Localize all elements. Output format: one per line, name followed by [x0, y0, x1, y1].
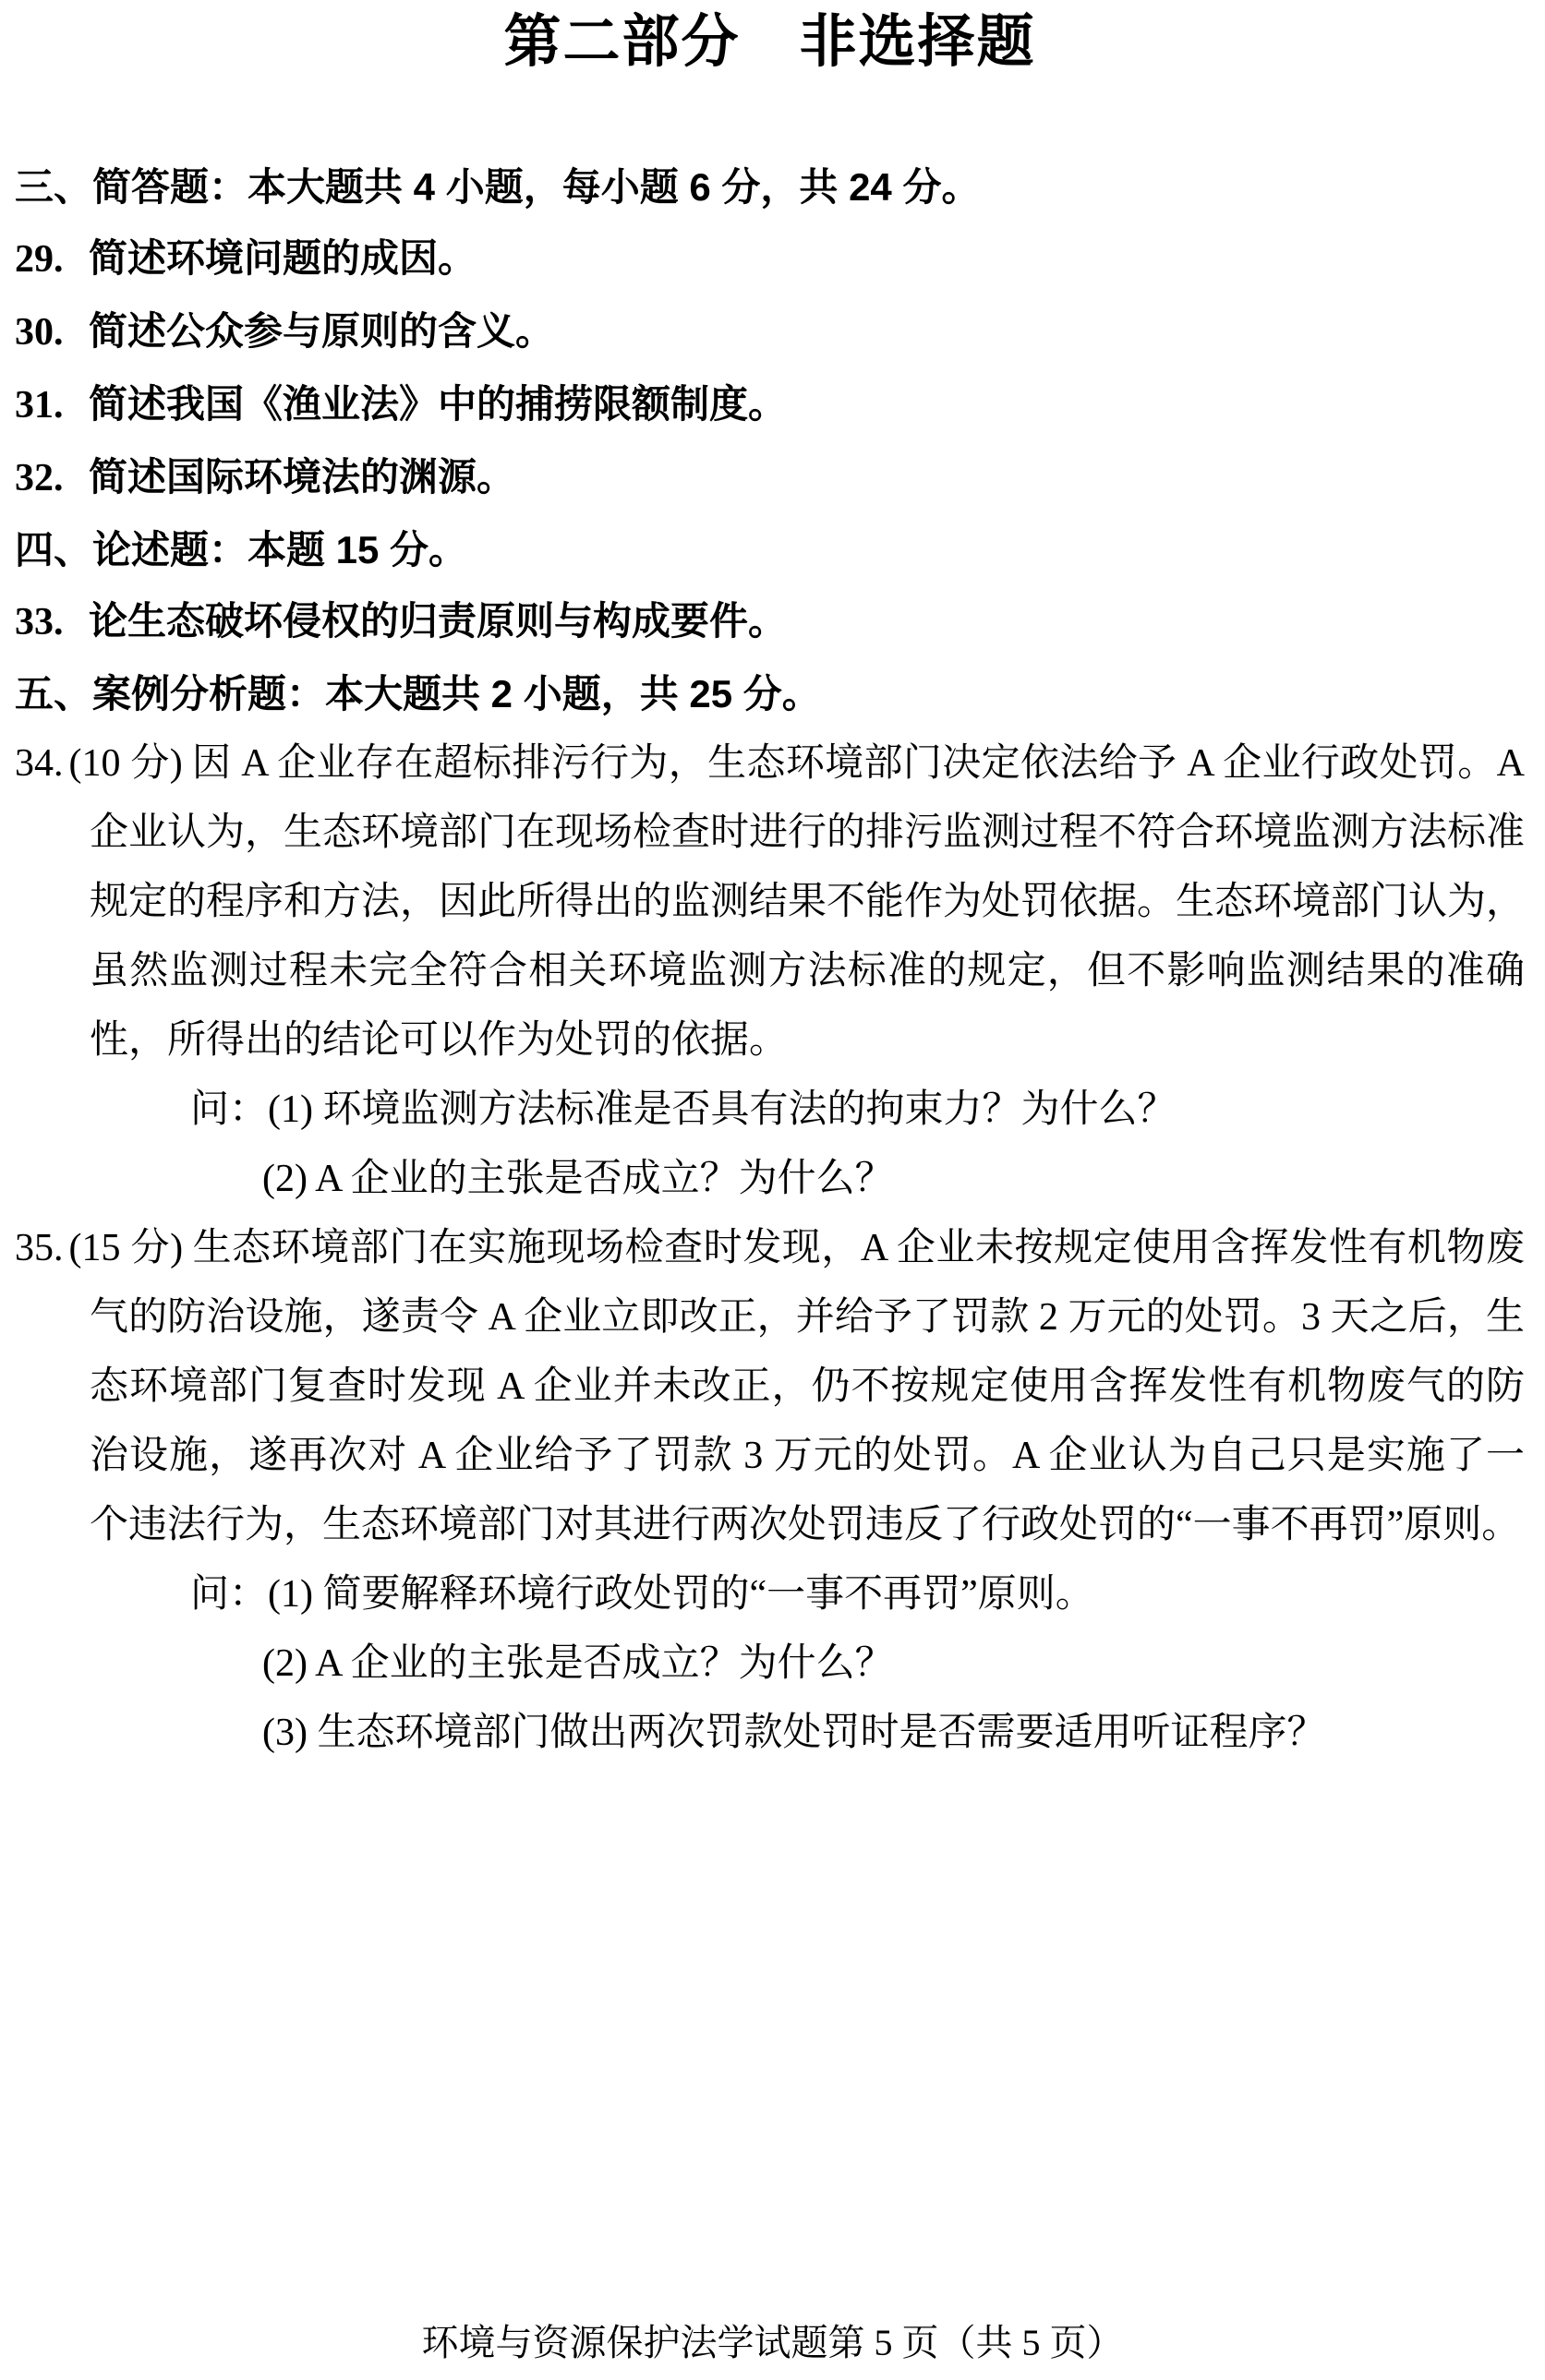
- question-31: 31.简述我国《渔业法》中的捕捞限额制度。: [15, 368, 1525, 441]
- question-32: 32.简述国际环境法的渊源。: [15, 441, 1525, 514]
- case-34-score: (10 分): [69, 742, 183, 785]
- case-34-question-2: (2) A 企业的主张是否成立？为什么？: [15, 1145, 1525, 1214]
- case-35-questions: 问：(1) 简要解释环境行政处罚的“一事不再罚”原则。 (2) A 企业的主张是…: [15, 1560, 1525, 1768]
- question-32-text: 简述国际环境法的渊源。: [89, 455, 515, 499]
- case-question-35: 35.(15 分)生态环境部门在实施现场检查时发现，A 企业未按规定使用含挥发性…: [15, 1214, 1525, 1768]
- exam-page: 第二部分 非选择题 三、简答题：本大题共 4 小题，每小题 6 分，共 24 分…: [0, 0, 1545, 2380]
- section-case-analysis-heading: 五、案例分析题：本大题共 2 小题，共 25 分。: [15, 658, 1525, 729]
- question-29-text: 简述环境问题的成因。: [89, 236, 477, 280]
- question-33-text: 论生态破坏侵权的归责原则与构成要件。: [89, 599, 787, 643]
- section-essay-heading: 四、论述题：本题 15 分。: [15, 514, 1525, 585]
- page-footer: 环境与资源保护法学试题第 5 页（共 5 页）: [0, 2321, 1545, 2365]
- case-35-question-2: (2) A 企业的主张是否成立？为什么？: [15, 1629, 1525, 1699]
- case-35-score: (15 分): [69, 1227, 184, 1269]
- case-35-question-1-text: (1) 简要解释环境行政处罚的“一事不再罚”原则。: [268, 1573, 1094, 1616]
- question-33: 33.论生态破坏侵权的归责原则与构成要件。: [15, 585, 1525, 658]
- page-title: 第二部分 非选择题: [15, 9, 1525, 76]
- case-35-question-1-label: 问：: [190, 1560, 268, 1629]
- case-34-question-2-text: (2) A 企业的主张是否成立？为什么？: [262, 1158, 894, 1200]
- sections-container: 三、简答题：本大题共 4 小题，每小题 6 分，共 24 分。 29.简述环境问…: [15, 151, 1525, 1768]
- case-35-question-3: (3) 生态环境部门做出两次罚款处罚时是否需要适用听证程序？: [15, 1699, 1525, 1768]
- case-34-body: 34.(10 分)因 A 企业存在超标排污行为，生态环境部门决定依法给予 A 企…: [15, 729, 1525, 1076]
- section-short-answer-heading: 三、简答题：本大题共 4 小题，每小题 6 分，共 24 分。: [15, 151, 1525, 222]
- question-31-text: 简述我国《渔业法》中的捕捞限额制度。: [89, 382, 787, 426]
- question-30-number: 30.: [15, 297, 89, 368]
- section-essay: 四、论述题：本题 15 分。 33.论生态破坏侵权的归责原则与构成要件。: [15, 514, 1525, 658]
- case-34-question-1: 问：(1) 环境监测方法标准是否具有法的拘束力？为什么？: [15, 1076, 1525, 1145]
- question-30-text: 简述公众参与原则的含义。: [89, 309, 554, 353]
- question-29-number: 29.: [15, 224, 89, 295]
- case-34-questions: 问：(1) 环境监测方法标准是否具有法的拘束力？为什么？ (2) A 企业的主张…: [15, 1076, 1525, 1214]
- case-question-34: 34.(10 分)因 A 企业存在超标排污行为，生态环境部门决定依法给予 A 企…: [15, 729, 1525, 1214]
- case-35-question-2-text: (2) A 企业的主张是否成立？为什么？: [262, 1642, 894, 1685]
- case-35-question-1: 问：(1) 简要解释环境行政处罚的“一事不再罚”原则。: [15, 1560, 1525, 1629]
- case-35-text: 生态环境部门在实施现场检查时发现，A 企业未按规定使用含挥发性有机物废气的防治设…: [90, 1227, 1525, 1546]
- section-case-analysis: 五、案例分析题：本大题共 2 小题，共 25 分。: [15, 658, 1525, 729]
- case-34-text: 因 A 企业存在超标排污行为，生态环境部门决定依法给予 A 企业行政处罚。A 企…: [90, 742, 1525, 1062]
- question-30: 30.简述公众参与原则的含义。: [15, 295, 1525, 368]
- question-31-number: 31.: [15, 370, 89, 441]
- section-short-answer: 三、简答题：本大题共 4 小题，每小题 6 分，共 24 分。 29.简述环境问…: [15, 151, 1525, 514]
- case-34-number: 34.: [15, 742, 64, 785]
- question-29: 29.简述环境问题的成因。: [15, 222, 1525, 295]
- case-35-number: 35.: [15, 1227, 64, 1269]
- question-32-number: 32.: [15, 443, 89, 514]
- case-35-question-3-text: (3) 生态环境部门做出两次罚款处罚时是否需要适用听证程序？: [262, 1712, 1325, 1754]
- case-35-body: 35.(15 分)生态环境部门在实施现场检查时发现，A 企业未按规定使用含挥发性…: [15, 1214, 1525, 1560]
- case-34-question-1-text: (1) 环境监测方法标准是否具有法的拘束力？为什么？: [268, 1088, 1176, 1131]
- case-34-question-1-label: 问：: [190, 1076, 268, 1145]
- question-33-number: 33.: [15, 587, 89, 658]
